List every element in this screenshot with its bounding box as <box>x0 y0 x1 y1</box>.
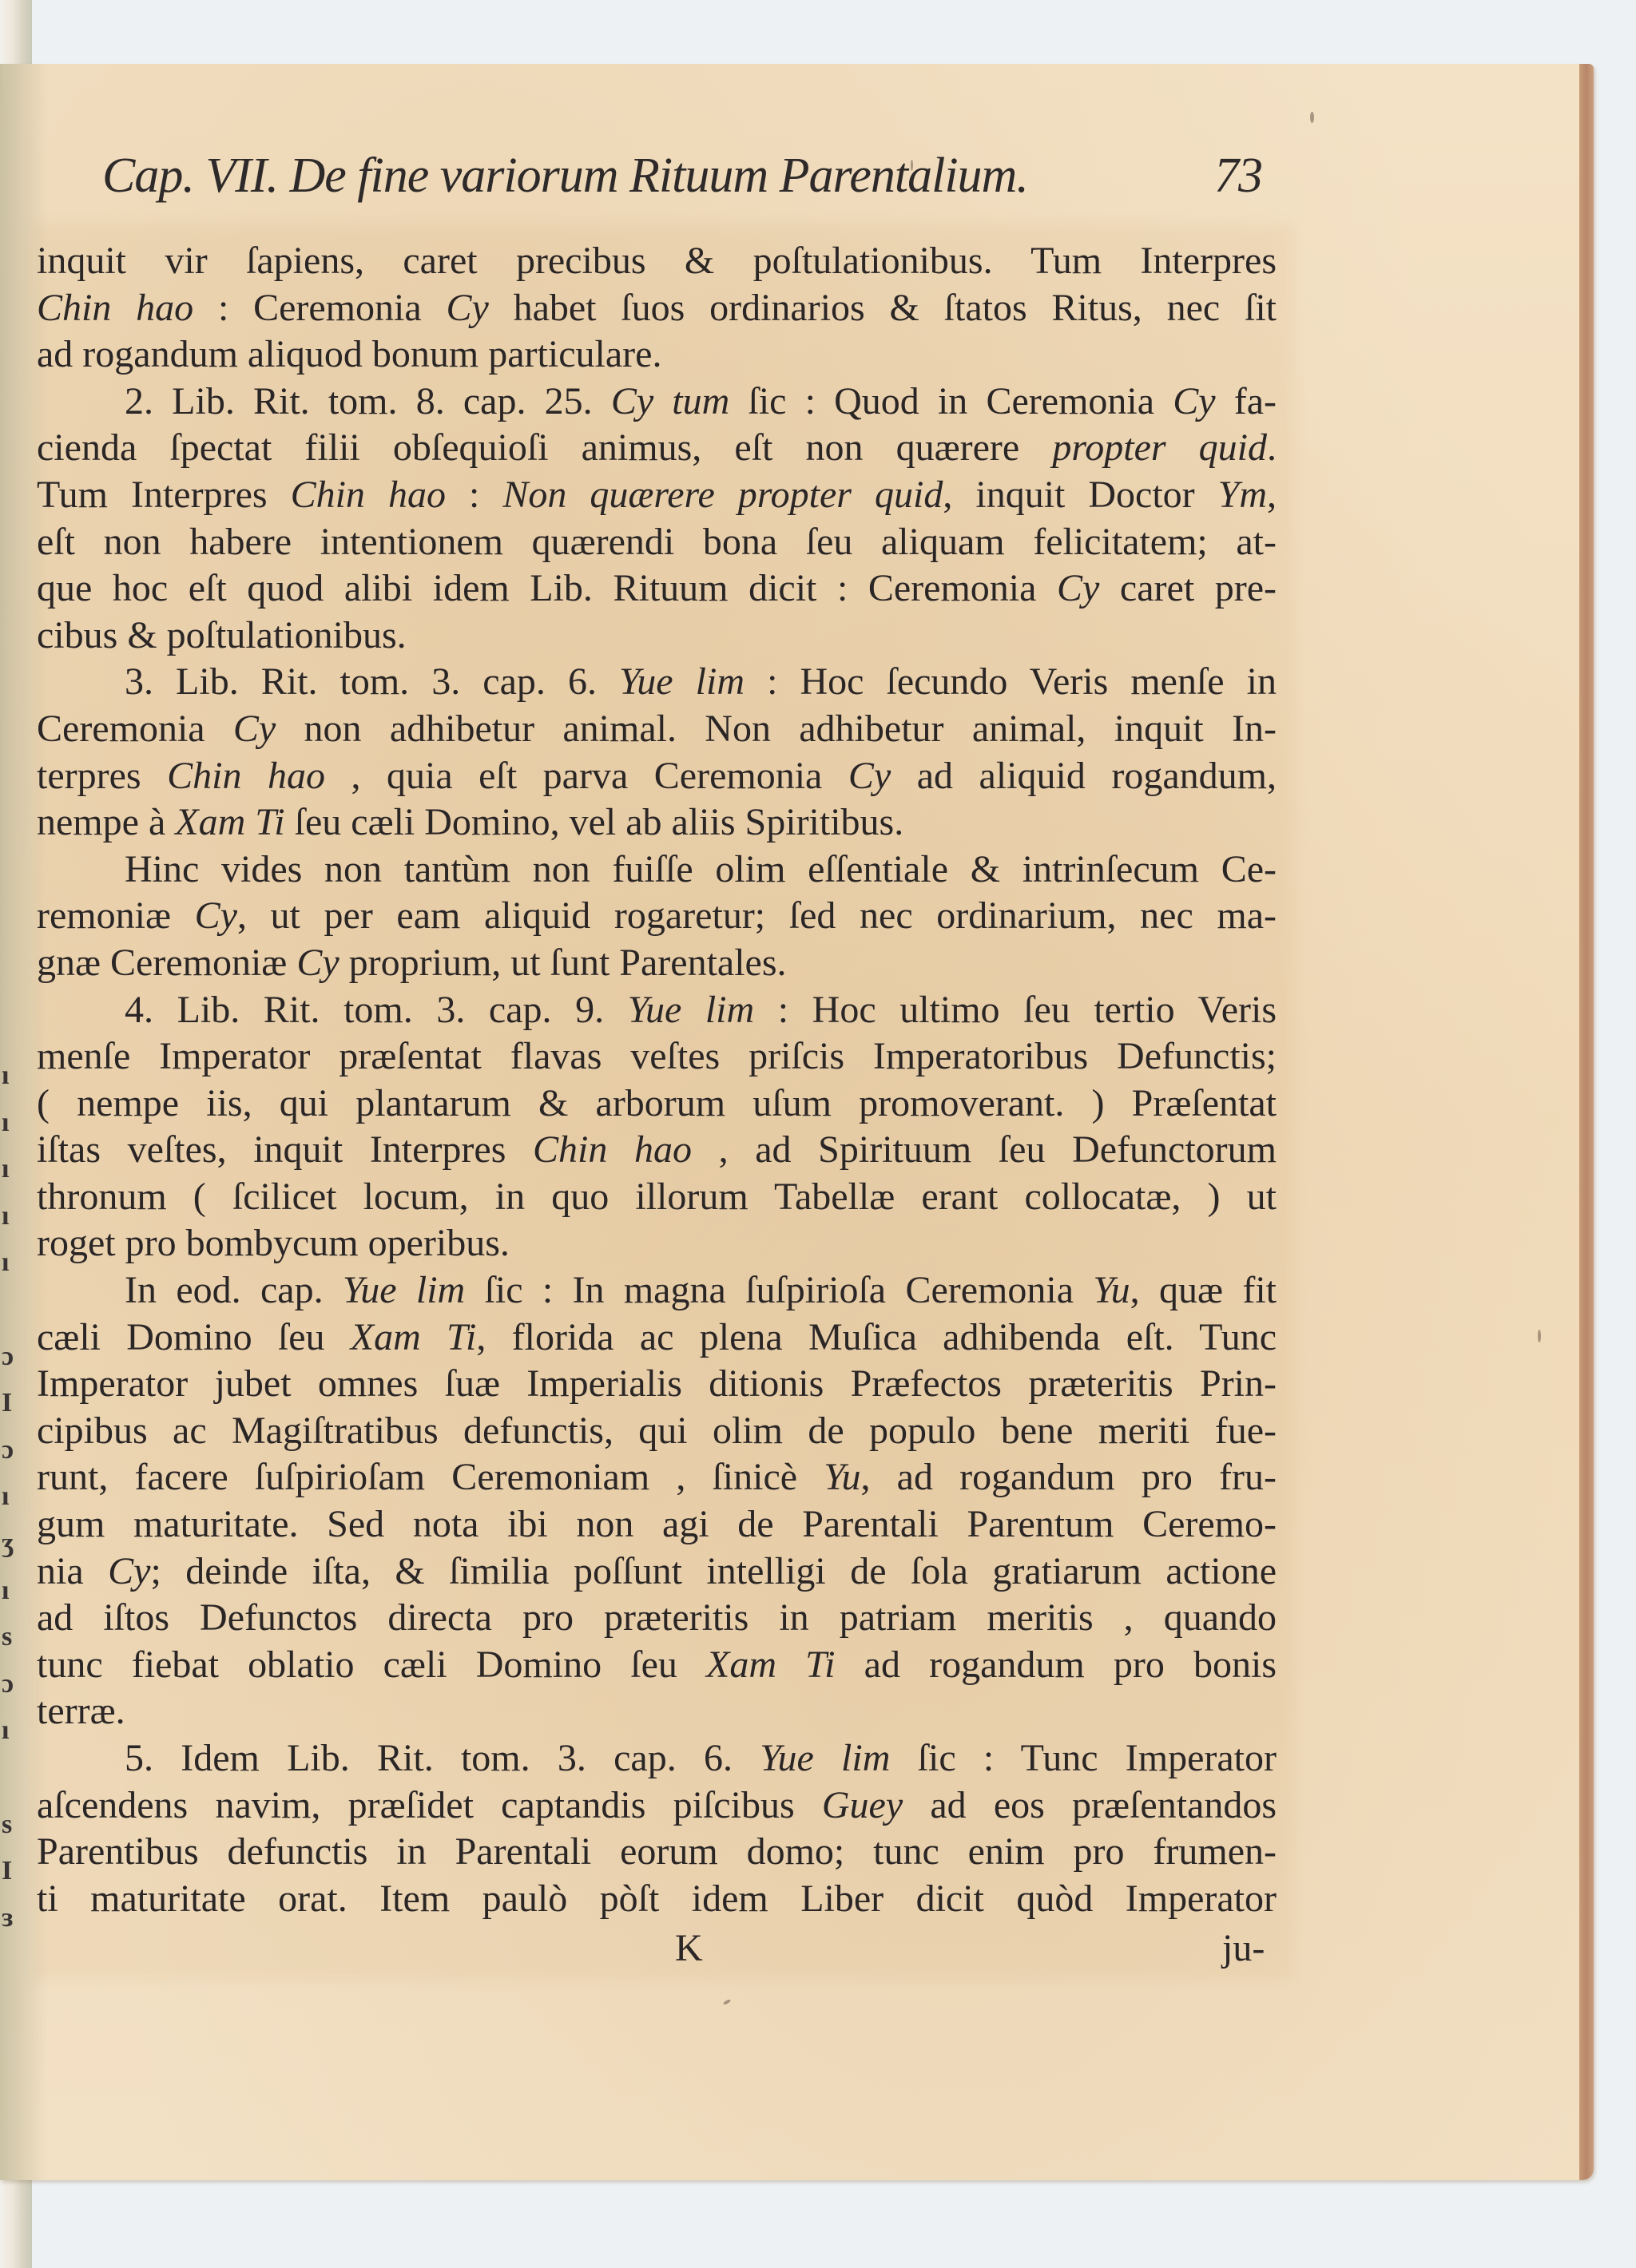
margin-fragment: ı <box>2 1707 18 1755</box>
text-line: Parentibus defunctis in Parentali eorum … <box>37 1829 1277 1876</box>
text-line: thronum ( ſcilicet locum, in quo illorum… <box>37 1174 1277 1221</box>
text-line: cibus & poſtulationibus. <box>37 613 1277 660</box>
margin-fragment: ɜ <box>2 1895 18 1942</box>
text-line: gum maturitate. Sed nota ibi non agi de … <box>37 1501 1277 1548</box>
page-fore-edge <box>1579 64 1594 2180</box>
text-line: terræ. <box>37 1688 1277 1735</box>
text-line: Chin hao : Ceremonia Cy habet ſuos ordin… <box>37 285 1277 332</box>
text-line: 3. Lib. Rit. tom. 3. cap. 6. Yue lim : H… <box>37 659 1277 706</box>
margin-fragment: ı <box>2 1146 18 1193</box>
text-line: inquit vir ſapiens, caret precibus & poſ… <box>37 238 1277 285</box>
signature-mark: K <box>675 1926 703 1970</box>
facing-page-margin-fragments: ıııııɔIɔıʒısɔısIɜ <box>2 1053 18 1941</box>
margin-fragment: ʒ <box>2 1521 18 1568</box>
text-line: Ceremonia Cy non adhibetur animal. Non a… <box>37 706 1277 753</box>
margin-fragment: ı <box>2 1053 18 1100</box>
text-line: ad iſtos Defunctos directa pro præteriti… <box>37 1595 1277 1642</box>
text-line: aſcendens navim, præſidet captandis piſc… <box>37 1782 1277 1830</box>
margin-fragment: s <box>2 1802 18 1849</box>
margin-fragment: ɔ <box>2 1427 18 1474</box>
margin-fragment: I <box>2 1848 18 1895</box>
text-line: menſe Imperator præſentat flavas veſtes … <box>37 1033 1277 1080</box>
text-line: ad rogandum aliquod bonum particulare. <box>37 331 1277 379</box>
margin-fragment: s <box>2 1614 18 1661</box>
text-line: cipibus ac Magiſtratibus defunctis, qui … <box>37 1408 1277 1455</box>
text-line: remoniæ Cy, ut per eam aliquid rogaretur… <box>37 893 1277 940</box>
paper-speck <box>1310 112 1314 123</box>
margin-fragment: ı <box>2 1239 18 1287</box>
margin-fragment: ı <box>2 1473 18 1521</box>
text-line: nempe à Xam Ti ſeu cæli Domino, vel ab a… <box>37 799 1277 847</box>
text-line: ( nempe iis, qui plantarum & arborum uſu… <box>37 1080 1277 1128</box>
margin-fragment: ɔ <box>2 1334 18 1381</box>
margin-fragment: ı <box>2 1193 18 1240</box>
text-line: In eod. cap. Yue lim ſic : In magna ſuſp… <box>37 1267 1277 1314</box>
margin-fragment <box>2 1287 18 1334</box>
text-line: Imperator jubet omnes ſuæ Imperialis dit… <box>37 1361 1277 1408</box>
margin-fragment: I <box>2 1380 18 1427</box>
text-line: gnæ Ceremoniæ Cy proprium, ut ſunt Paren… <box>37 940 1277 987</box>
text-line: runt, facere ſuſpirioſam Ceremoniam , ſi… <box>37 1454 1277 1501</box>
text-line: que hoc eſt quod alibi idem Lib. Rituum … <box>37 565 1277 613</box>
page-number: 73 <box>1214 148 1262 204</box>
margin-fragment: ɔ <box>2 1661 18 1708</box>
text-line: cienda ſpectat filii obſequioſi animus, … <box>37 425 1277 472</box>
text-line: Hinc vides non tantùm non fuiſſe olim eſ… <box>37 847 1277 894</box>
text-line: iſtas veſtes, inquit Interpres Chin hao … <box>37 1127 1277 1174</box>
text-line: terpres Chin hao , quia eſt parva Ceremo… <box>37 753 1277 800</box>
paper-speck <box>1538 1330 1541 1342</box>
running-head: Cap. VII. De fine variorum Rituum Parent… <box>102 148 1300 204</box>
catchword: ju- <box>1222 1926 1265 1970</box>
text-line: 5. Idem Lib. Rit. tom. 3. cap. 6. Yue li… <box>37 1735 1277 1782</box>
text-line: Tum Interpres Chin hao : Non quærere pro… <box>37 472 1277 519</box>
running-head-title: Cap. VII. De fine variorum Rituum Parent… <box>102 149 1028 203</box>
body-text: inquit vir ſapiens, caret precibus & poſ… <box>37 238 1277 1922</box>
text-line: 4. Lib. Rit. tom. 3. cap. 9. Yue lim : H… <box>37 987 1277 1034</box>
paper-speck <box>911 160 913 171</box>
text-line: roget pro bombycum operibus. <box>37 1220 1277 1267</box>
text-line: tunc fiebat oblatio cæli Domino ſeu Xam … <box>37 1642 1277 1689</box>
text-line: cæli Domino ſeu Xam Ti, florida ac plena… <box>37 1314 1277 1362</box>
text-line: nia Cy; deinde iſta, & ſimilia poſſunt i… <box>37 1548 1277 1596</box>
text-line: ti maturitate orat. Item paulò pòſt idem… <box>37 1876 1277 1923</box>
text-line: 2. Lib. Rit. tom. 8. cap. 25. Cy tum ſic… <box>37 379 1277 426</box>
text-line: eſt non habere intentionem quærendi bona… <box>37 519 1277 566</box>
margin-fragment: ı <box>2 1100 18 1147</box>
margin-fragment <box>2 1755 18 1802</box>
margin-fragment: ı <box>2 1568 18 1615</box>
